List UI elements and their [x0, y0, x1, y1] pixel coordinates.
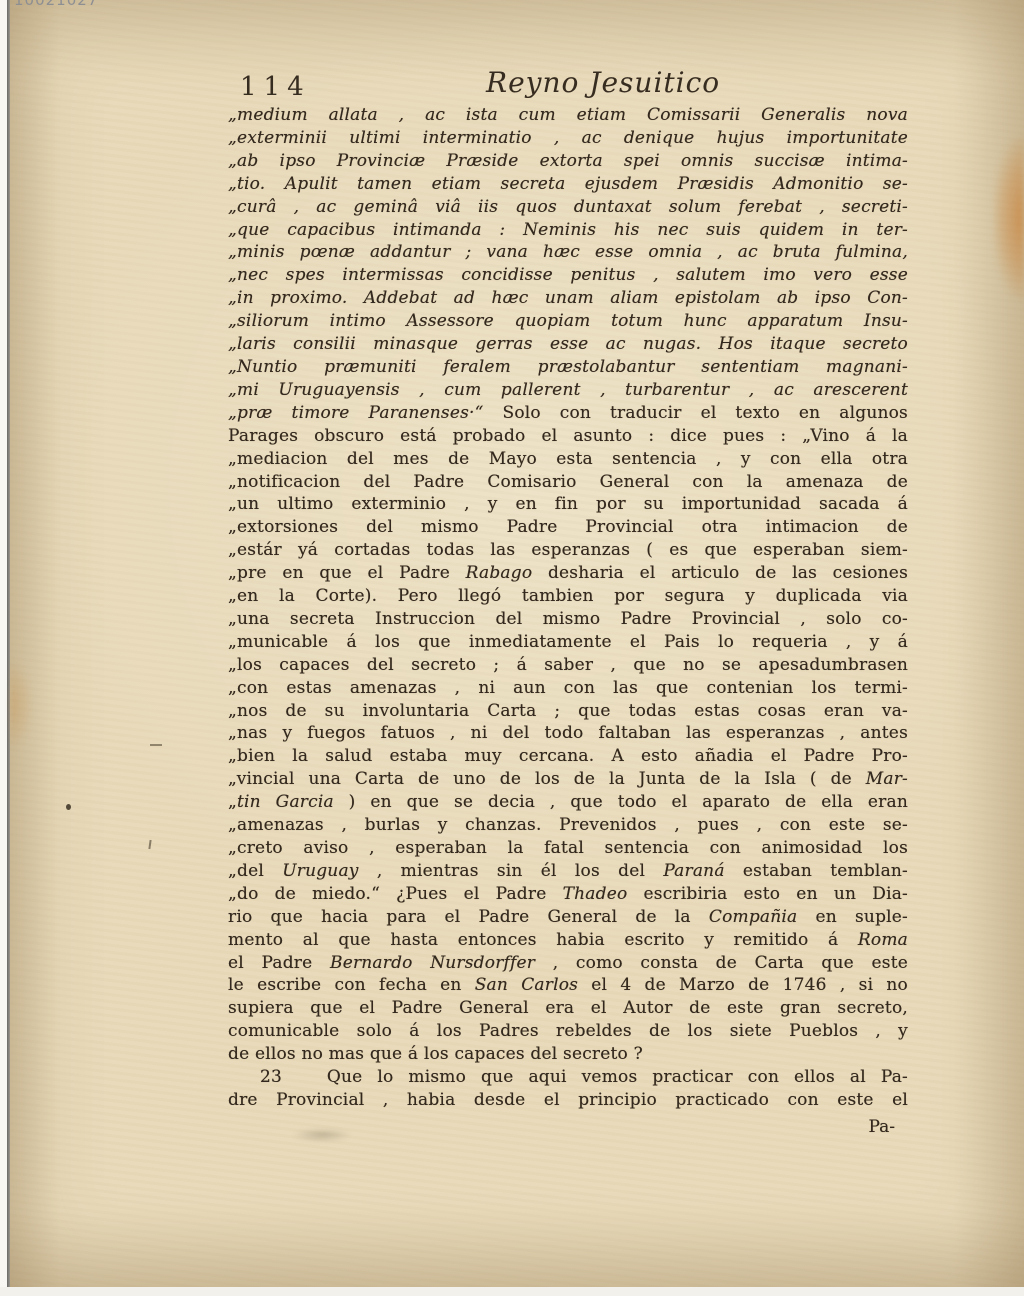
text-line: „siliorum intimo Assessore quopiam totum… [228, 310, 908, 333]
scanned-book-page: 10021027 114 Reyno Jesuitico „medium all… [0, 0, 1024, 1296]
text-segment: „estár yá cortadas todas las esperanzas … [228, 540, 908, 560]
text-segment: Solo con traducir el texto en algunos [484, 403, 908, 423]
text-line: „tin Garcia ) en que se decia , que todo… [228, 791, 908, 814]
text-segment: „los capaces del secreto ; á saber , que… [228, 655, 908, 675]
text-line: „extorsiones del mismo Padre Provincial … [228, 516, 908, 539]
text-line: „creto aviso , esperaban la fatal senten… [228, 837, 908, 860]
italic-text-segment: Bernardo Nursdorffer [330, 953, 535, 973]
text-line: de ellos no mas que á los capaces del se… [228, 1043, 908, 1066]
text-segment: „en la Corte). Pero llegó tambien por se… [228, 586, 908, 606]
text-line: „exterminii ultimi interminatio , ac den… [228, 127, 908, 150]
text-segment: , como consta de Carta que este [535, 953, 908, 973]
text-segment: „amenazas , burlas y chanzas. Prevenidos… [228, 815, 908, 835]
text-line: comunicable solo á los Padres rebeldes d… [228, 1020, 908, 1043]
page-number: 114 [240, 72, 311, 102]
text-line: le escribe con fecha en San Carlos el 4 … [228, 974, 908, 997]
italic-text-segment: „mi Uruguayensis , cum pallerent , turba… [228, 380, 908, 400]
paper-stain-left [10, 660, 32, 750]
text-line: „nec spes intermissas concidisse penitus… [228, 264, 908, 287]
text-line: „del Uruguay , mientras sin él los del P… [228, 860, 908, 883]
text-line: „con estas amenazas , ni aun con las que… [228, 677, 908, 700]
text-line: „mediacion del mes de Mayo esta sentenci… [228, 448, 908, 471]
text-line: „una secreta Instruccion del mismo Padre… [228, 608, 908, 631]
text-segment: „extorsiones del mismo Padre Provincial … [228, 517, 908, 537]
italic-text-segment: Compañia [709, 907, 798, 927]
italic-text-segment: „siliorum intimo Assessore quopiam totum… [228, 311, 908, 331]
italic-text-segment: „curâ , ac geminâ viâ iis quos duntaxat … [228, 197, 908, 217]
text-segment: „vincial una Carta de uno de los de la J… [228, 769, 866, 789]
text-segment: 23 Que lo mismo que aqui vemos practicar… [260, 1067, 908, 1087]
text-line: „laris consilii minasque gerras esse ac … [228, 333, 908, 356]
text-line: „pre en que el Padre Rabago desharia el … [228, 562, 908, 585]
text-segment: „nos de su involuntaria Carta ; que toda… [228, 701, 908, 721]
scan-fold-line [7, 0, 10, 1296]
scan-left-edge [0, 0, 7, 1296]
text-segment: supiera que el Padre General era el Auto… [228, 998, 908, 1018]
text-segment: „del [228, 861, 282, 881]
text-segment: „creto aviso , esperaban la fatal senten… [228, 838, 908, 858]
text-segment: , mientras sin él los del [359, 861, 664, 881]
text-segment: Parages obscuro está probado el asunto :… [228, 426, 908, 446]
text-line: „Nuntio præmuniti feralem præstolabantur… [228, 356, 908, 379]
text-line: „en la Corte). Pero llegó tambien por se… [228, 585, 908, 608]
text-line: „municable á los que inmediatamente el P… [228, 631, 908, 654]
paper-stain-right [994, 138, 1024, 298]
text-segment: estaban temblan- [725, 861, 908, 881]
ink-speck [66, 804, 71, 810]
ink-smudge [292, 1128, 352, 1142]
italic-text-segment: „ab ipso Provinciæ Præside extorta spei … [228, 151, 908, 171]
text-segment: „municable á los que inmediatamente el P… [228, 632, 908, 652]
text-line: supiera que el Padre General era el Auto… [228, 997, 908, 1020]
italic-text-segment: „præ timore Paranenses·“ [228, 403, 484, 423]
text-segment: „do de miedo.“ ¿Pues el Padre [228, 884, 563, 904]
italic-text-segment: San Carlos [475, 975, 578, 995]
italic-text-segment: Uruguay [282, 861, 358, 881]
text-line: dre Provincial , habia desde el principi… [228, 1089, 908, 1112]
text-segment: „nas y fuegos fatuos , ni del todo falta… [228, 723, 908, 743]
text-segment: rio que hacia para el Padre General de l… [228, 907, 709, 927]
text-line: el Padre Bernardo Nursdorffer , como con… [228, 952, 908, 975]
text-segment: „bien la salud estaba muy cercana. A est… [228, 746, 908, 766]
text-line: mento al que hasta entonces habia escrit… [228, 929, 908, 952]
italic-text-segment: Paraná [663, 861, 724, 881]
running-title: Reyno Jesuitico [486, 66, 720, 99]
text-line: „tio. Apulit tamen etiam secreta ejusdem… [228, 173, 908, 196]
italic-text-segment: „medium allata , ac ista cum etiam Comis… [228, 105, 908, 125]
text-segment: de ellos no mas que á los capaces del se… [228, 1044, 643, 1064]
italic-text-segment: „minis pœnæ addantur ; vana hæc esse omn… [228, 242, 908, 262]
text-segment: „una secreta Instruccion del mismo Padre… [228, 609, 908, 629]
archive-number: 10021027 [14, 0, 98, 9]
text-line: 23 Que lo mismo que aqui vemos practicar… [228, 1066, 908, 1089]
text-segment: escribiria esto en un Dia- [627, 884, 908, 904]
margin-dash-mark [150, 744, 162, 746]
text-line: Parages obscuro está probado el asunto :… [228, 425, 908, 448]
text-segment: „notificacion del Padre Comisario Genera… [228, 472, 908, 492]
text-segment: ) en que se decia , que todo el aparato … [334, 792, 908, 812]
italic-text-segment: Thadeo [563, 884, 628, 904]
text-line: „los capaces del secreto ; á saber , que… [228, 654, 908, 677]
text-block: „medium allata , ac ista cum etiam Comis… [228, 104, 908, 1112]
text-line: „curâ , ac geminâ viâ iis quos duntaxat … [228, 196, 908, 219]
text-segment: „un ultimo exterminio , y en fin por su … [228, 494, 908, 514]
text-line: „vincial una Carta de uno de los de la J… [228, 768, 908, 791]
text-line: „in proximo. Addebat ad hæc unam aliam e… [228, 287, 908, 310]
italic-text-segment: tin Garcia [237, 792, 334, 812]
text-segment: el Padre [228, 953, 330, 973]
text-segment: comunicable solo á los Padres rebeldes d… [228, 1021, 908, 1041]
text-line: „estár yá cortadas todas las esperanzas … [228, 539, 908, 562]
italic-text-segment: Mar- [866, 769, 908, 789]
text-segment: „ [228, 792, 237, 812]
text-line: „præ timore Paranenses·“ Solo con traduc… [228, 402, 908, 425]
text-segment: „pre en que el Padre [228, 563, 466, 583]
text-line: „ab ipso Provinciæ Præside extorta spei … [228, 150, 908, 173]
italic-text-segment: „nec spes intermissas concidisse penitus… [228, 265, 908, 285]
text-segment: „mediacion del mes de Mayo esta sentenci… [228, 449, 908, 469]
text-line: rio que hacia para el Padre General de l… [228, 906, 908, 929]
text-line: „bien la salud estaba muy cercana. A est… [228, 745, 908, 768]
text-line: „medium allata , ac ista cum etiam Comis… [228, 104, 908, 127]
text-segment: desharia el articulo de las cesiones [532, 563, 908, 583]
text-line: „do de miedo.“ ¿Pues el Padre Thadeo esc… [228, 883, 908, 906]
text-segment: „con estas amenazas , ni aun con las que… [228, 678, 908, 698]
text-line: „amenazas , burlas y chanzas. Prevenidos… [228, 814, 908, 837]
text-line: „minis pœnæ addantur ; vana hæc esse omn… [228, 241, 908, 264]
text-line: „nos de su involuntaria Carta ; que toda… [228, 700, 908, 723]
italic-text-segment: Roma [858, 930, 908, 950]
italic-text-segment: „in proximo. Addebat ad hæc unam aliam e… [228, 288, 908, 308]
scan-bottom-edge [0, 1287, 1024, 1296]
text-segment: el 4 de Marzo de 1746 , si no [578, 975, 908, 995]
italic-text-segment: „Nuntio præmuniti feralem præstolabantur… [228, 357, 908, 377]
italic-text-segment: „laris consilii minasque gerras esse ac … [228, 334, 908, 354]
text-line: „notificacion del Padre Comisario Genera… [228, 471, 908, 494]
text-line: „nas y fuegos fatuos , ni del todo falta… [228, 722, 908, 745]
text-segment: en suple- [797, 907, 908, 927]
italic-text-segment: „que capacibus intimanda : Neminis his n… [228, 220, 908, 240]
italic-text-segment: „tio. Apulit tamen etiam secreta ejusdem… [228, 174, 908, 194]
text-segment: le escribe con fecha en [228, 975, 475, 995]
text-segment: mento al que hasta entonces habia escrit… [228, 930, 858, 950]
text-line: „mi Uruguayensis , cum pallerent , turba… [228, 379, 908, 402]
italic-text-segment: „exterminii ultimi interminatio , ac den… [228, 128, 908, 148]
text-line: „que capacibus intimanda : Neminis his n… [228, 219, 908, 242]
text-line: „un ultimo exterminio , y en fin por su … [228, 493, 908, 516]
text-segment: dre Provincial , habia desde el principi… [228, 1090, 908, 1110]
italic-text-segment: Rabago [466, 563, 533, 583]
